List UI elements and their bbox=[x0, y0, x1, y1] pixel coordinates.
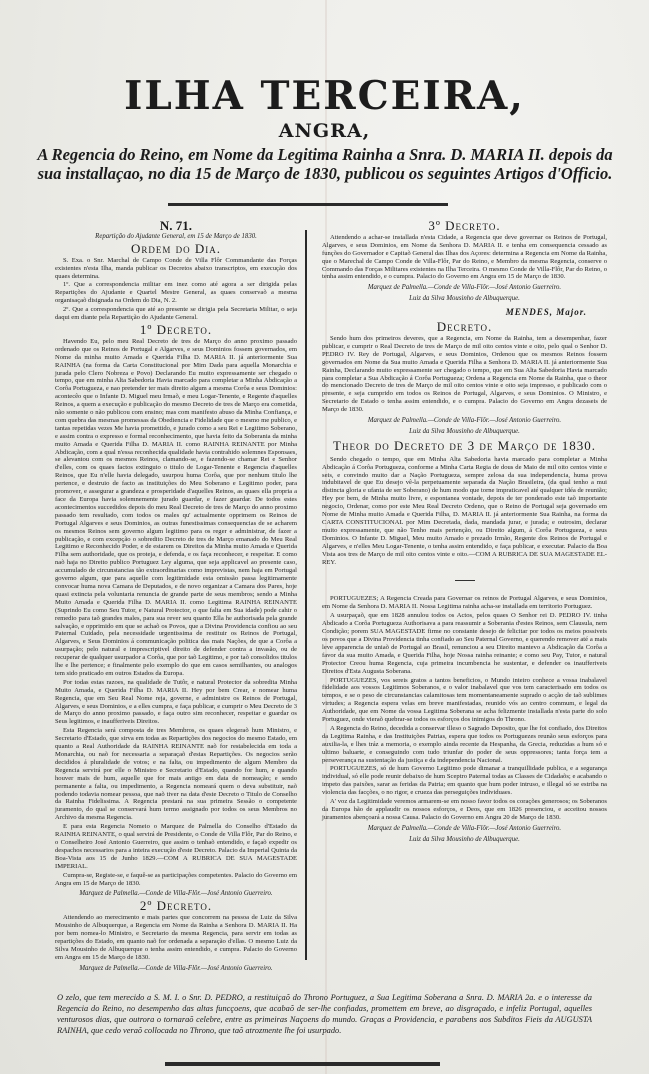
order-title: Ordem do Dia. bbox=[55, 245, 297, 253]
document-intro: A Regencia do Reino, em Nome da Legitima… bbox=[30, 145, 620, 183]
decree-4-body: Sendo hum dos primeiros deveres, que a R… bbox=[322, 335, 607, 414]
decree-2-signature: Marquez de Palmella.—Conde de Villa-Flôr… bbox=[55, 965, 297, 973]
order-department: Repartição do Ajudante General, em 15 de… bbox=[55, 233, 297, 241]
theor-body: Sendo chegado o tempo, que em Minha Alta… bbox=[322, 456, 607, 567]
paragraph: 2º. Que a correspondencia que até ao pre… bbox=[55, 306, 297, 322]
order-body: S. Exa. o Snr. Marchal de Campo Conde de… bbox=[55, 257, 297, 322]
decree-3-signature-2: Luiz da Silva Mousinho de Albuquerque. bbox=[322, 295, 607, 303]
decree-4-signature-2: Luiz da Silva Mousinho de Albuquerque. bbox=[322, 428, 607, 436]
section-rule bbox=[455, 580, 475, 581]
column-divider bbox=[305, 230, 307, 960]
proclamation-signature-1: Marquez de Palmella.—Conde de Villa-Flôr… bbox=[322, 825, 607, 833]
paragraph: Havendo Eu, pelo meu Real Decreto de tre… bbox=[55, 338, 297, 678]
paragraph: A Regencia do Reino, decedida a conserva… bbox=[322, 725, 607, 765]
decree-4-title: Decreto. bbox=[322, 323, 607, 331]
paragraph: 1º. Que a correspondencia militar em ine… bbox=[55, 281, 297, 305]
decree-3-title: 3º Decreto. bbox=[322, 222, 607, 230]
paragraph: Attendendo a achar-se installada n'esta … bbox=[322, 234, 607, 281]
paragraph: PORTUGUEZES; A Regencia Creada para Gove… bbox=[322, 595, 607, 611]
proclamation-signature-2: Luiz da Silva Mousinho de Albuquerque. bbox=[322, 836, 607, 844]
document-subtitle: ANGRA, bbox=[0, 120, 649, 142]
paragraph: A usurpaçaõ, que em 1828 annulou todos o… bbox=[322, 612, 607, 675]
major-signature: MENDES, Major. bbox=[322, 309, 587, 317]
paragraph: Sendo chegado o tempo, que em Minha Alta… bbox=[322, 456, 607, 567]
decree-1-body: Havendo Eu, pelo meu Real Decreto de tre… bbox=[55, 338, 297, 888]
footer-rule bbox=[165, 1062, 440, 1066]
decree-3-body: Attendendo a achar-se installada n'esta … bbox=[322, 234, 607, 281]
paragraph: A' voz da Legitimidade veremos armarem-s… bbox=[322, 798, 607, 822]
paragraph: S. Exa. o Snr. Marchal de Campo Conde de… bbox=[55, 257, 297, 281]
theor-title: Theor do Decreto de 3 de Março de 1830. bbox=[322, 442, 607, 450]
paragraph: Esta Regencia será composta de tres Memb… bbox=[55, 727, 297, 822]
paragraph: E para esta Regencia Nomeio o Marquez de… bbox=[55, 823, 297, 870]
proclamation-body: PORTUGUEZES; A Regencia Creada para Gove… bbox=[322, 595, 607, 821]
right-column: 3º Decreto. Attendendo a achar-se instal… bbox=[322, 218, 607, 845]
decree-4-signature-1: Marquez de Palmella.—Conde de Villa-Flôr… bbox=[322, 417, 607, 425]
paragraph: PORTUGUEZES, só de hum Governo Legitimo … bbox=[322, 765, 607, 797]
paragraph: Attendendo ao merecimento e mais partes … bbox=[55, 914, 297, 961]
header-rule bbox=[168, 203, 448, 206]
decree-3-signature-1: Marquez de Palmella.—Conde de Villa-Flôr… bbox=[322, 284, 607, 292]
paragraph: Por todas estas razoes, na qualidade de … bbox=[55, 679, 297, 726]
decree-2-body: Attendendo ao merecimento e mais partes … bbox=[55, 914, 297, 961]
order-number: N. 71. bbox=[55, 222, 297, 230]
decree-1-title: 1º Decreto. bbox=[55, 326, 297, 334]
decree-2-title: 2º Decreto. bbox=[55, 902, 297, 910]
paragraph: PORTUGUEZES, vos sereis gratos a tantos … bbox=[322, 677, 607, 724]
closing-paragraph: O zelo, que tem merecido a S. M. I. o Sn… bbox=[57, 992, 592, 1036]
paragraph: Sendo hum dos primeiros deveres, que a R… bbox=[322, 335, 607, 414]
left-column: N. 71. Repartição do Ajudante General, e… bbox=[55, 222, 297, 974]
paragraph: Cumpra-se, Registe-se, e faquê-se as par… bbox=[55, 872, 297, 888]
decree-1-signature: Marquez de Palmella.—Conde de Villa-Flôr… bbox=[55, 890, 297, 898]
document-title: ILHA TERCEIRA, bbox=[0, 76, 649, 116]
